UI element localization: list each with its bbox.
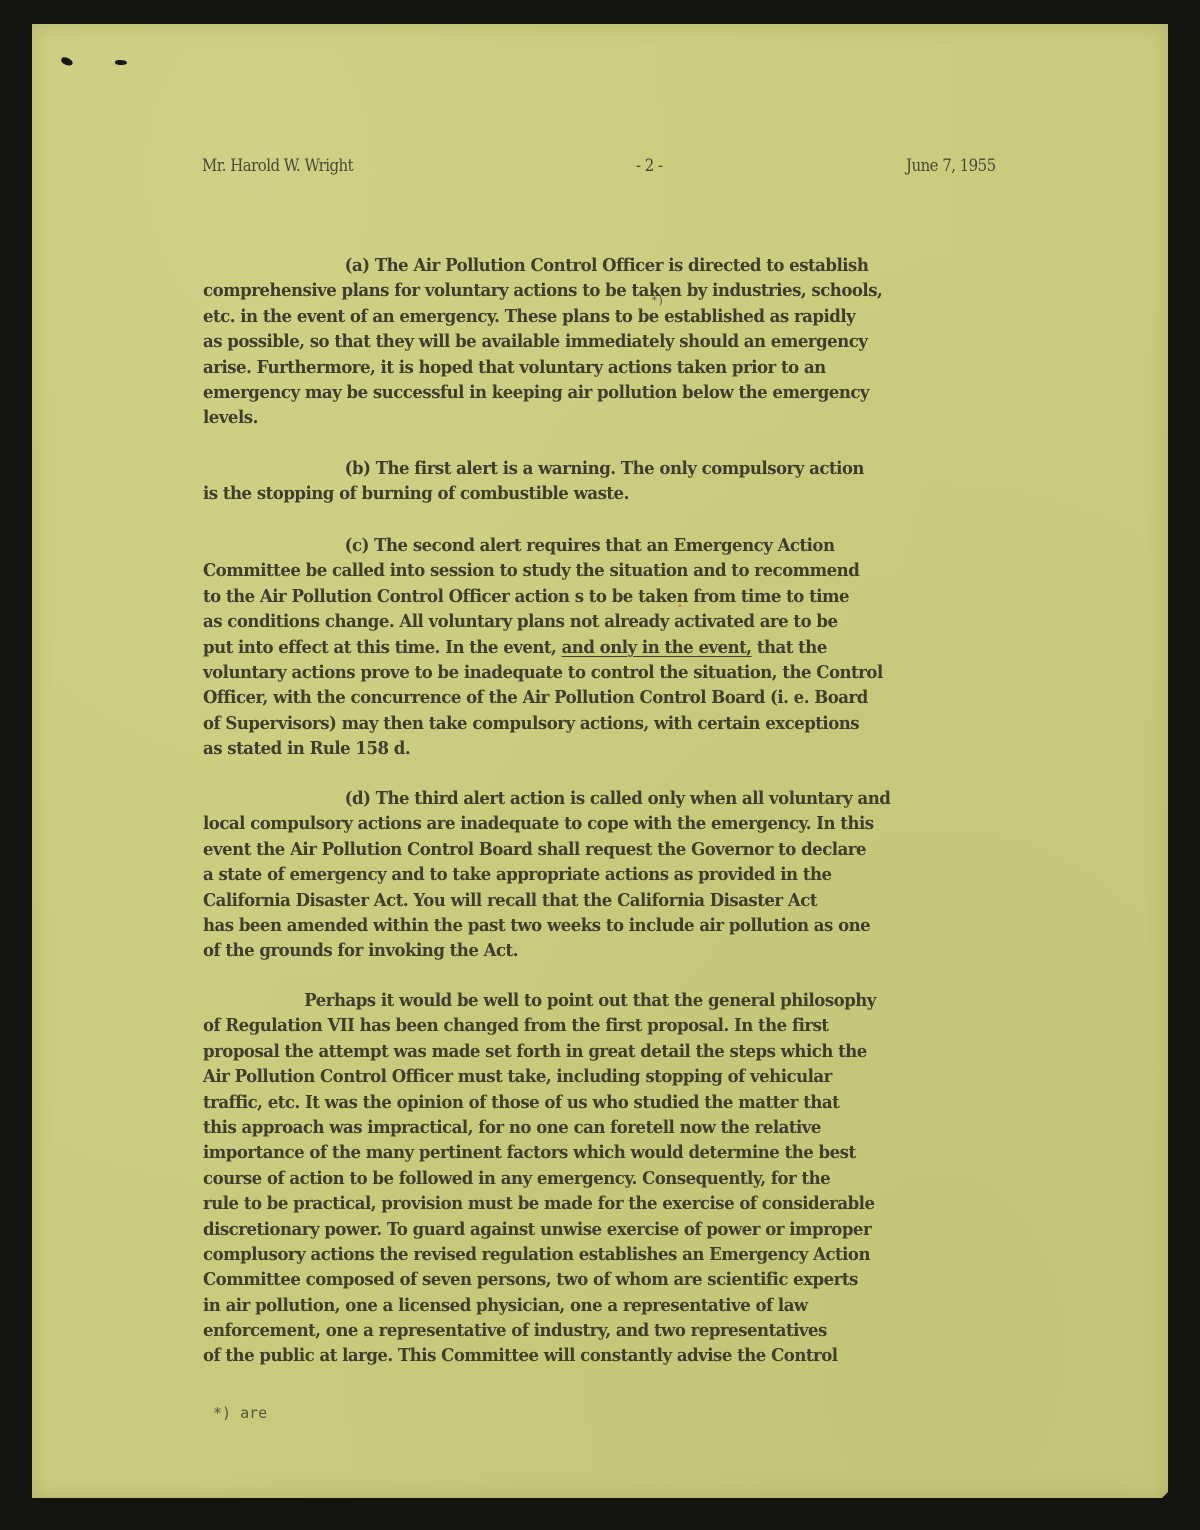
insertion-asterisk-mark: *) (651, 294, 664, 307)
paragraph-line: traffic, etc. It was the opinion of thos… (203, 1090, 1013, 1115)
paragraph-line: (c) The second alert requires that an Em… (203, 533, 1013, 558)
folded-corner (1160, 1490, 1170, 1500)
paragraph-line: enforcement, one a representative of ind… (203, 1318, 1013, 1343)
paragraph-line: of Regulation VII has been changed from … (203, 1013, 1013, 1038)
paragraph-line: has been amended within the past two wee… (203, 913, 1013, 938)
paragraph-line: (d) The third alert action is called onl… (203, 786, 1013, 811)
paragraph-line: discretionary power. To guard against un… (203, 1217, 1013, 1242)
correction-caret-mark: ‸ (678, 593, 682, 607)
paragraph-line: proposal the attempt was made set forth … (203, 1039, 1013, 1064)
paragraph-line: in air pollution, one a licensed physici… (203, 1293, 1013, 1318)
header-date: June 7, 1955 (906, 156, 996, 176)
paragraph-line: levels. (203, 405, 1013, 430)
paragraph-line: complusory actions the revised regulatio… (203, 1242, 1013, 1267)
paragraph-line: rule to be practical, provision must be … (203, 1191, 1013, 1216)
paragraph-line: Perhaps it would be well to point out th… (203, 988, 1013, 1013)
paragraph-c: (c) The second alert requires that an Em… (203, 533, 1083, 762)
paragraph-line: comprehensive plans for voluntary action… (203, 278, 1013, 303)
paragraph-line: Committee composed of seven persons, two… (203, 1267, 1013, 1292)
line-start: put into effect at this time. In the eve… (203, 637, 556, 658)
paragraph-d: (d) The third alert action is called onl… (203, 786, 1083, 964)
paragraph-line: a state of emergency and to take appropr… (203, 862, 1013, 887)
paragraph-line: California Disaster Act. You will recall… (203, 888, 1013, 913)
paragraph-line: is the stopping of burning of combustibl… (203, 481, 1013, 506)
paragraph-line: as conditions change. All voluntary plan… (203, 609, 1013, 634)
paragraph-line: of the grounds for invoking the Act. (203, 938, 1013, 963)
paragraph-line: voluntary actions prove to be inadequate… (203, 660, 1013, 685)
paragraph-line: local compulsory actions are inadequate … (203, 811, 1013, 836)
paragraph-line: etc. in the event of an emergency. These… (203, 304, 1013, 329)
paragraph-philosophy: Perhaps it would be well to point out th… (203, 988, 1083, 1369)
paragraph-line: Committee be called into session to stud… (203, 558, 1013, 583)
paragraph-line: this approach was impractical, for no on… (203, 1115, 1013, 1140)
paragraph-line: Officer, with the concurrence of the Air… (203, 685, 1013, 710)
paragraph-line: to the Air Pollution Control Officer act… (203, 584, 1013, 609)
underlined-emphasis: and only in the event, (562, 637, 752, 658)
paragraph-line: emergency may be successful in keeping a… (203, 380, 1013, 405)
staple-mark-right (115, 60, 127, 65)
paragraph-line: of Supervisors) may then take compulsory… (203, 711, 1013, 736)
line-end: that the (752, 637, 827, 658)
paragraph-line-underlined: put into effect at this time. In the eve… (203, 635, 1013, 660)
paragraph-line: (a) The Air Pollution Control Officer is… (203, 253, 1013, 278)
paragraph-line: event the Air Pollution Control Board sh… (203, 837, 1013, 862)
scanned-page: Mr. Harold W. Wright - 2 - June 7, 1955 … (0, 0, 1200, 1530)
paragraph-line: arise. Furthermore, it is hoped that vol… (203, 355, 1013, 380)
header-page-number: - 2 - (636, 156, 663, 176)
paragraph-line: (b) The first alert is a warning. The on… (203, 456, 1013, 481)
paragraph-line: as stated in Rule 158 d. (203, 736, 1013, 761)
paragraph-line: as possible, so that they will be availa… (203, 329, 1013, 354)
paragraph-line: Air Pollution Control Officer must take,… (203, 1064, 1013, 1089)
staple-mark-left (60, 56, 74, 67)
footnote: *) are (213, 1404, 267, 1422)
paragraph-line: course of action to be followed in any e… (203, 1166, 1013, 1191)
header-recipient: Mr. Harold W. Wright (202, 156, 353, 176)
paragraph-line: of the public at large. This Committee w… (203, 1343, 1013, 1368)
paragraph-b: (b) The first alert is a warning. The on… (203, 456, 1083, 507)
paragraph-a: (a) The Air Pollution Control Officer is… (203, 253, 1083, 431)
paragraph-line: importance of the many pertinent factors… (203, 1140, 1013, 1165)
